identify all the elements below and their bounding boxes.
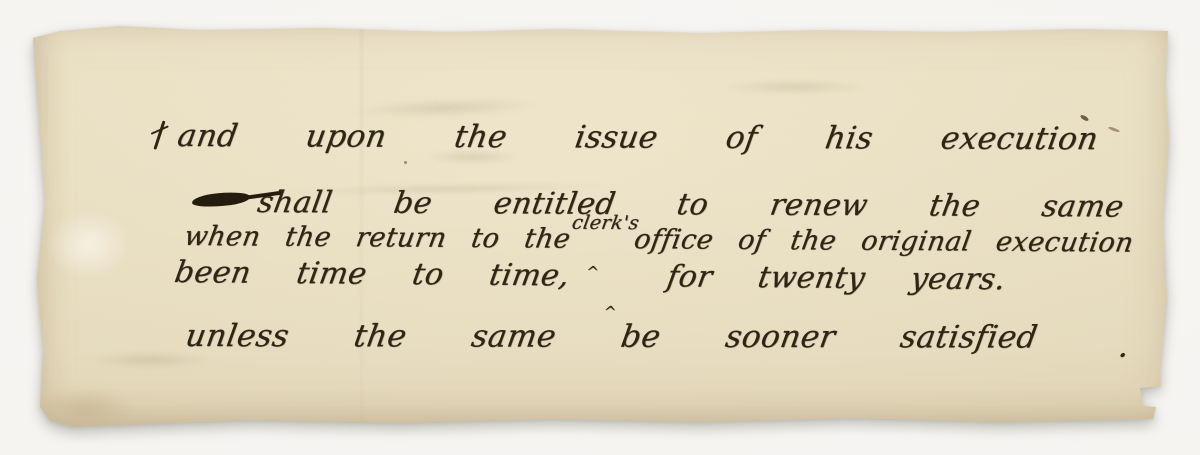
mark-stroke	[153, 120, 165, 149]
line-3-after: office of the original execution	[632, 224, 1136, 258]
bleedthrough-smudge	[720, 80, 870, 94]
interlinear-insertion: clerk's ^	[594, 247, 608, 248]
inserted-word: clerk's	[570, 212, 641, 234]
ink-blot-strikethrough	[192, 190, 251, 208]
handwriting-line-5: unless the same be sooner satisfied .	[183, 318, 1116, 356]
line-5-text: unless the same be sooner satisfied	[183, 318, 1040, 355]
offset-period: .	[1116, 329, 1132, 365]
manuscript-photo: and upon the issue of his execution shal…	[0, 0, 1200, 455]
line-4-after: for twenty years.	[664, 259, 1008, 297]
corner-smudge	[38, 388, 133, 426]
handwriting-line-2: shall be entitled to renew the same	[255, 185, 1126, 225]
insertion-x-mark	[149, 119, 169, 150]
line-4-before: been time to time,	[172, 255, 572, 293]
ink-speckle	[1108, 126, 1120, 133]
handwriting-line-4: been time to time, ^ for twenty years.	[172, 255, 1009, 297]
handwriting-line-1: and upon the issue of his execution	[175, 118, 1101, 157]
line-3-before: when the return to the	[182, 221, 573, 255]
bleedthrough-smudge	[350, 95, 541, 122]
paper-fragment: and upon the issue of his execution shal…	[30, 22, 1172, 430]
paper-shadow-wrap: and upon the issue of his execution shal…	[30, 22, 1172, 430]
handwriting-line-3: when the return to the clerk's ^ office …	[182, 221, 1136, 259]
comma-insertion: ^	[614, 285, 620, 286]
adhesive-residue-patch	[48, 209, 130, 280]
bleedthrough-smudge	[90, 352, 210, 368]
ink-speckle	[404, 161, 407, 164]
